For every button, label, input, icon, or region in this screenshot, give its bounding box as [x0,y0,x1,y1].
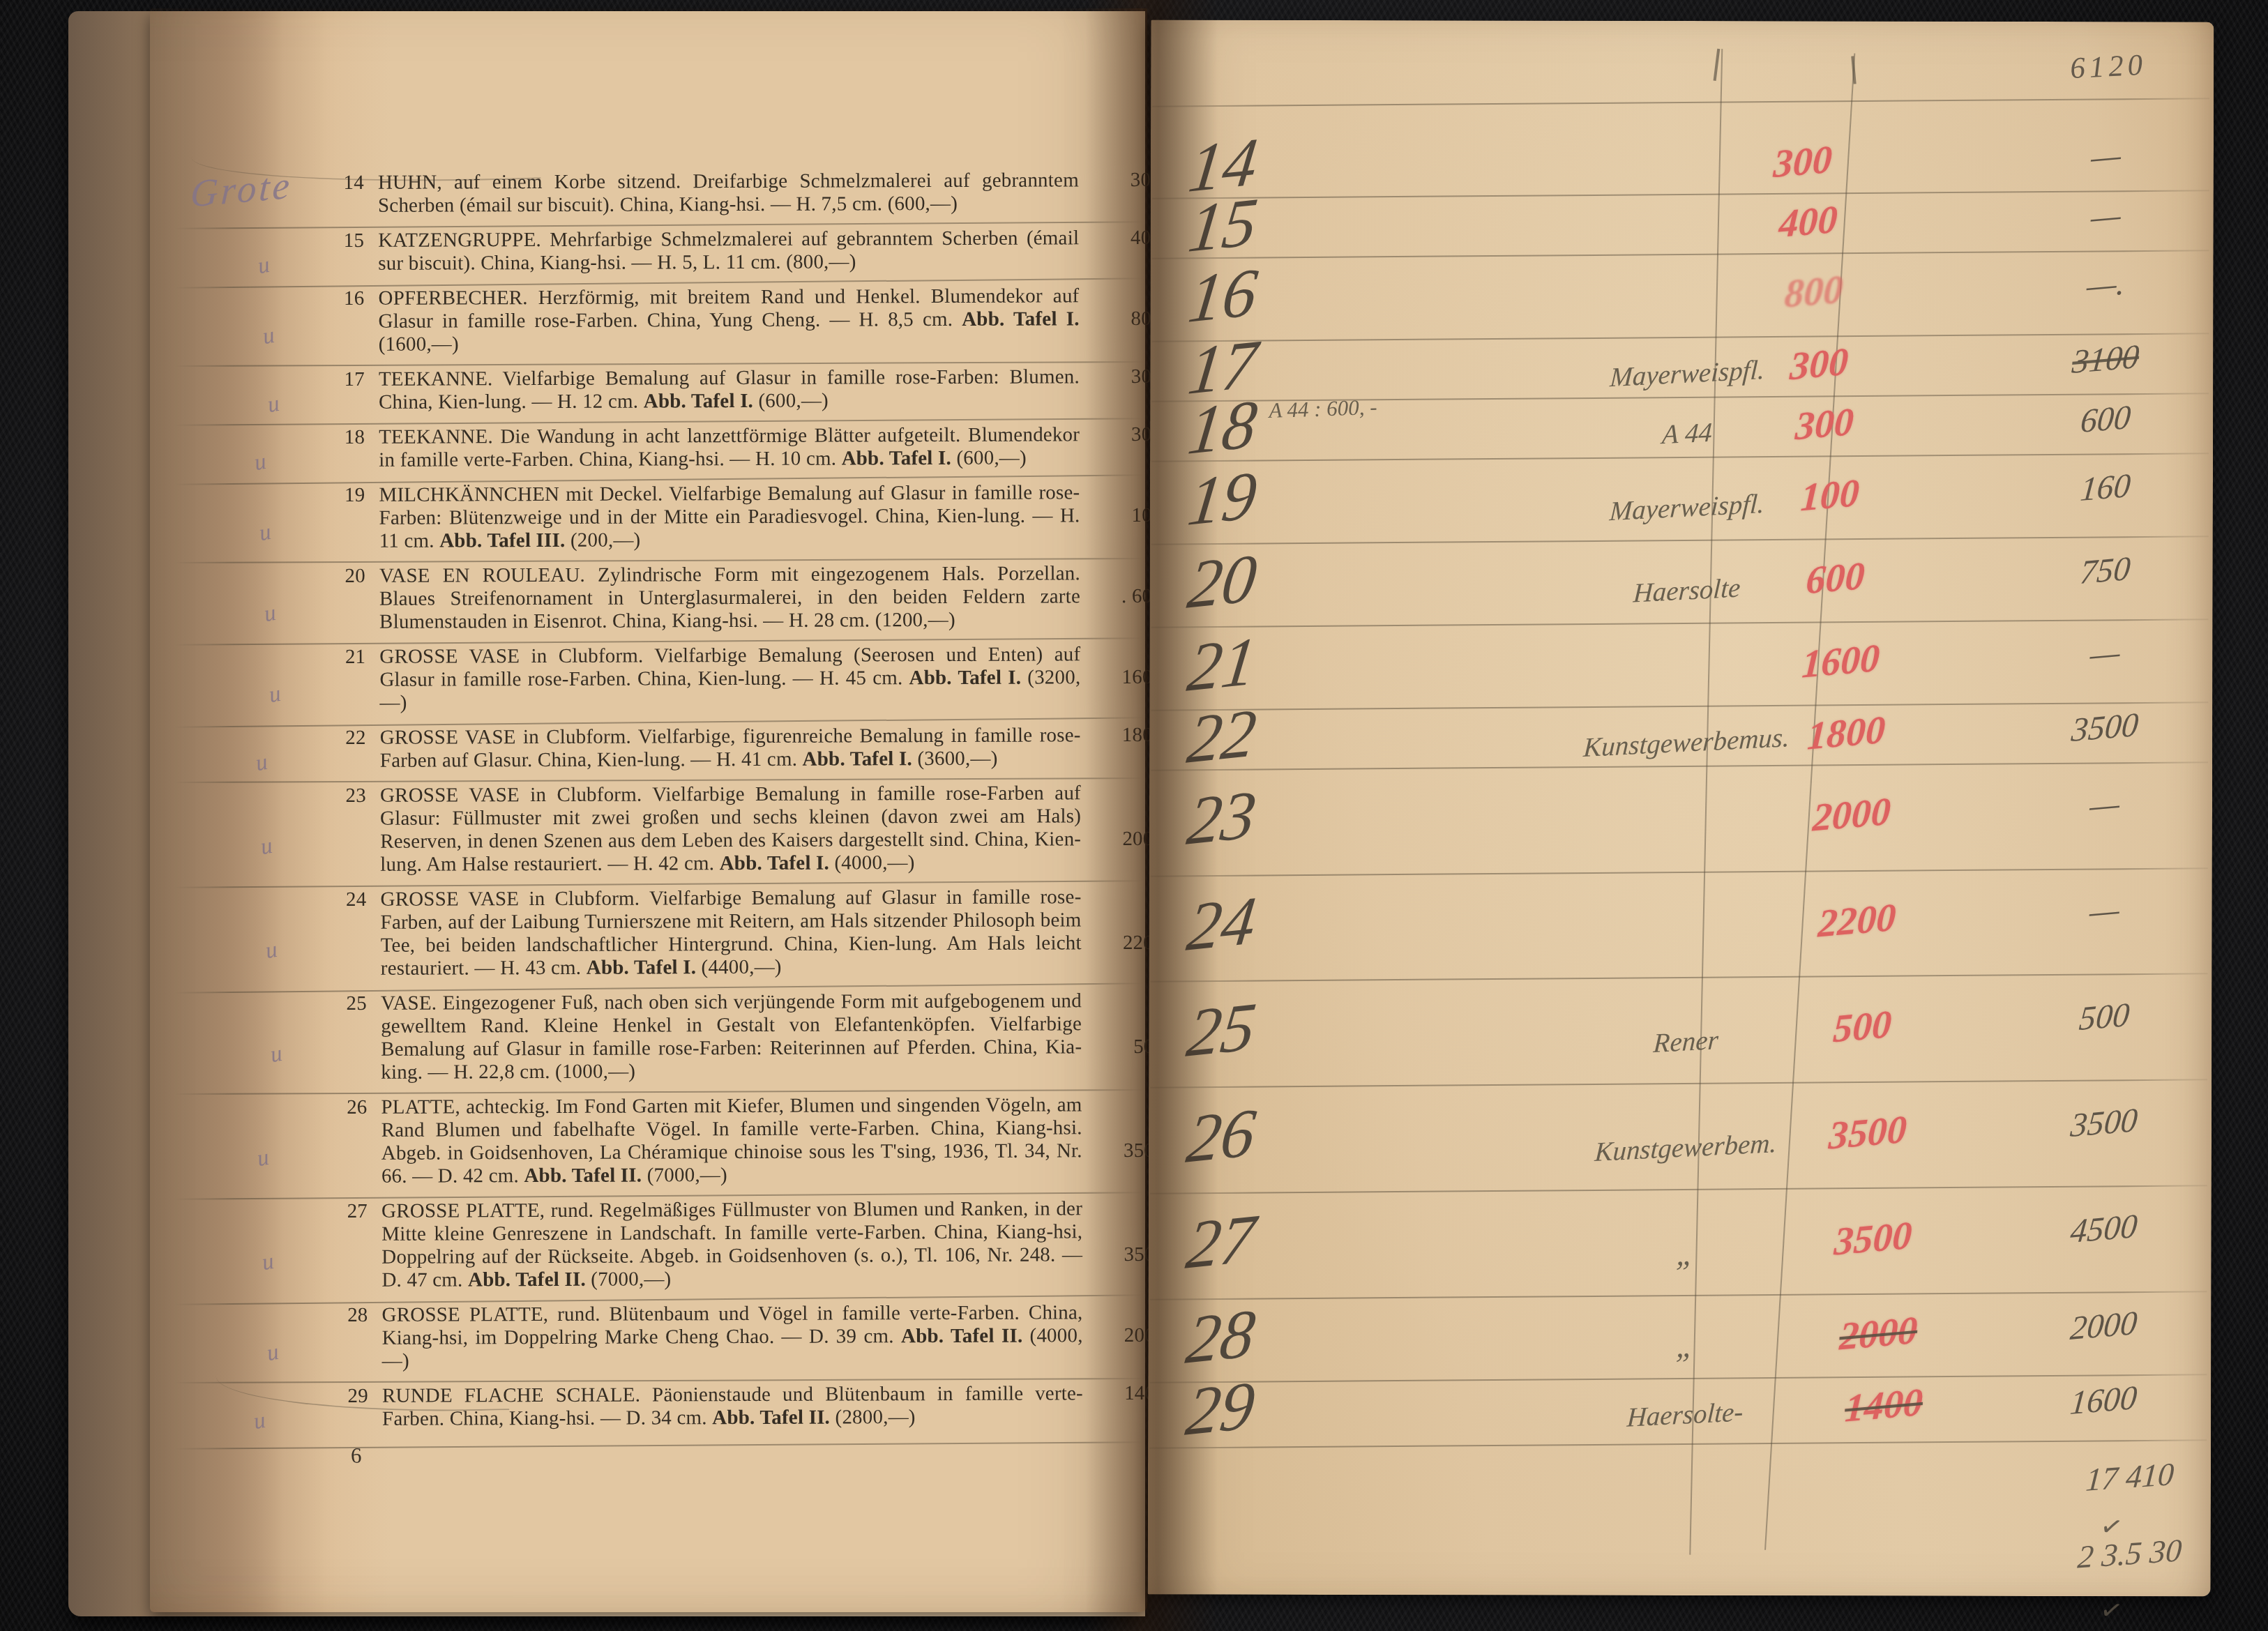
hammer-price-red: 3500 [1778,1208,1968,1270]
catalog-entry: 20VASE EN ROULEAU. Zylindrische Form mit… [325,562,1165,634]
entry-number: 27 [327,1200,368,1223]
hammer-price-red: 600 [1740,548,1930,609]
ledger-row-rule [1151,867,2208,877]
entry-text: TEEKANNE. Vielfarbige Bemalung auf Glasu… [379,365,1080,414]
entry-number: 23 [326,784,366,807]
final-price-pencil: 500 [2005,989,2203,1045]
margin-ditto-mark: u [262,600,278,628]
margin-ditto-mark: u [255,1144,271,1171]
entry-text: OPFERBECHER. Herzförmig, mit breitem Ran… [378,285,1079,356]
margin-ditto-mark: u [269,1040,285,1068]
entry-text: GROSSE PLATTE, rund. Blütenbaum und Vöge… [381,1301,1082,1372]
ledger-row-rule [1152,250,2209,259]
lot-number: 19 [1169,454,1276,543]
lot-number: 25 [1168,985,1275,1074]
catalog-entry: 14HUHN, auf einem Korbe sitzend. Dreifar… [324,169,1164,218]
catalog-entry: 18TEEKANNE. Die Wandung in acht lanzettf… [324,423,1165,472]
margin-ditto-mark: u [254,750,270,777]
ledger-row-rule [1149,1439,2207,1448]
ledger-row-rule [1149,1374,2207,1383]
hammer-price-red: 3500 [1773,1102,1963,1164]
ledger-row-rule [1151,619,2209,628]
hammer-price-red: 300 [1708,131,1898,192]
final-price-pencil: 750 [2006,543,2205,598]
catalog-entry: 23GROSSE VASE in Clubform. Vielfarbige B… [326,782,1166,877]
hammer-price-red: 1600 [1746,631,1936,692]
entry-text: GROSSE VASE in Clubform. Vielfarbige, fi… [380,724,1081,772]
entry-text: GROSSE VASE in Clubform. Vielfarbige Bem… [380,782,1081,876]
entry-number: 17 [324,368,365,391]
final-price-pencil: 1600 [2004,1372,2202,1427]
margin-ditto-mark: u [264,936,280,964]
hammer-price-red: 800 [1718,262,1909,324]
entry-text: KATZENGRUPPE. Mehrfarbige Schmelzmalerei… [378,227,1079,275]
ledger-row-rule [1151,536,2209,545]
final-price-pencil: 160 [2006,460,2205,515]
entry-text: MILCHKÄNNCHEN mit Deckel. Vielfarbige Be… [379,481,1080,552]
margin-ditto-mark: u [256,252,272,280]
hammer-price-red: 2200 [1762,890,1952,952]
book-spread: Grote 14HUHN, auf einem Korbe sitzend. D… [0,0,2268,1631]
ledger-row-rule [1150,1079,2207,1088]
final-price-pencil: 3100 [2006,331,2205,386]
check-mark-icon: ✓ [2088,1591,2135,1630]
entry-number: 28 [327,1304,368,1327]
catalog-entry: 19MILCHKÄNNCHEN mit Deckel. Vielfarbige … [324,481,1165,553]
entry-number: 20 [325,565,365,588]
ledger-page: 6120 17 410 ✓ 2 3.5 30 ✓ 14300—15400—168… [1148,20,2214,1596]
final-price-pencil: — [2007,189,2205,244]
hammer-price-red: 400 [1713,191,1903,252]
entry-text: HUHN, auf einem Korbe sitzend. Dreifarbi… [378,169,1079,217]
margin-ditto-mark: u [265,1340,281,1367]
hammer-price-red: 1800 [1751,703,1942,764]
lot-number: 27 [1167,1197,1274,1286]
catalog-entry: 27GROSSE PLATTE, rund. Regelmäßiges Füll… [327,1197,1167,1292]
lot-number: 23 [1168,773,1275,862]
catalog-entry: 28GROSSE PLATTE, rund. Blütenbaum und Vö… [327,1301,1167,1373]
entry-limit-price: 300 [1084,169,1161,192]
entry-separator-rule [174,1441,1144,1450]
final-price-pencil: 4500 [2005,1201,2203,1256]
buyer-note-detail: A 44 : 600, - [1269,390,1520,424]
entry-number: 18 [324,426,365,449]
final-price-pencil: — [2006,777,2204,833]
ledger-row-rule [1151,701,2208,711]
entry-number: 16 [324,287,364,310]
hammer-price-red: 300 [1730,394,1920,455]
lot-number: 20 [1169,537,1276,625]
ledger-row-rule [1150,1291,2207,1300]
final-price-pencil: —. [2007,257,2205,312]
lot-number: 26 [1167,1091,1274,1180]
carryover-total: 6120 [2069,48,2147,86]
ledger-row-rule [1151,333,2209,342]
entry-number: 14 [324,172,364,195]
sum-total-page: 17 410 [2031,1451,2228,1501]
catalog-entry: 24GROSSE VASE in Clubform. Vielfarbige B… [326,886,1166,980]
final-price-pencil: — [2006,883,2204,939]
catalog-entry: 16OPFERBECHER. Herzförmig, mit breitem R… [324,285,1164,356]
entry-text: VASE EN ROULEAU. Zylindrische Form mit e… [379,562,1080,633]
ledger-row-rule [1151,761,2208,771]
sum-total-cumulative: 2 3.5 30 [2031,1528,2228,1578]
ledger-row-rule [1151,973,2208,983]
margin-ditto-mark: u [252,449,269,476]
entry-number: 25 [326,992,367,1015]
margin-ditto-mark: u [257,519,273,547]
final-price-pencil: 2000 [2004,1298,2202,1353]
final-price-pencil: — [2006,625,2204,681]
ledger-row-rule [1152,190,2209,199]
margin-ditto-mark: u [260,1248,276,1275]
entry-text: GROSSE VASE in Clubform. Vielfarbige Bem… [380,886,1081,980]
catalog-entry: 22GROSSE VASE in Clubform. Vielfarbige, … [326,724,1166,773]
final-price-pencil: — [2007,129,2205,184]
lot-number: 22 [1169,692,1276,780]
entry-number: 19 [324,484,365,507]
final-price-pencil: 3500 [2006,700,2204,755]
entry-text: TEEKANNE. Die Wandung in acht lanzettför… [379,423,1080,471]
lot-number: 24 [1168,879,1275,968]
entry-text: GROSSE PLATTE, rund. Regelmäßiges Füllmu… [381,1197,1082,1291]
margin-ditto-mark: u [266,391,282,418]
pencil-tick [1714,49,1721,81]
entry-text: GROSSE VASE in Clubform. Vielfarbige Bem… [379,643,1080,714]
entry-text: VASE. Eingezogener Fuß, nach oben sich v… [381,989,1082,1084]
margin-ditto-mark: u [261,323,277,350]
catalog-entry: 26PLATTE, achteckig. Im Fond Garten mit … [326,1093,1167,1188]
ledger-row-rule [1152,98,2209,107]
final-price-pencil: 600 [2006,391,2205,446]
entry-number: 21 [325,646,365,669]
hammer-price-red: 300 [1724,334,1914,395]
entry-number: 22 [326,727,366,750]
hammer-price-red: 100 [1735,465,1926,526]
hammer-price-red: 500 [1767,996,1958,1058]
catalog-entry: 25VASE. Eingezogener Fuß, nach oben sich… [326,989,1167,1084]
ledger-row-rule [1150,1185,2207,1194]
catalog-entry: 17TEEKANNE. Vielfarbige Bemalung auf Gla… [324,365,1165,414]
margin-ditto-mark: u [267,681,283,708]
entry-text: PLATTE, achteckig. Im Fond Garten mit Ki… [381,1093,1082,1188]
catalog-entries: 14HUHN, auf einem Korbe sitzend. Dreifar… [324,169,1168,1443]
entry-number: 26 [326,1096,367,1119]
margin-ditto-mark: u [259,833,275,860]
entry-number: 15 [324,229,364,252]
catalog-entry: 21GROSSE VASE in Clubform. Vielfarbige B… [325,643,1165,715]
catalog-entry: 15KATZENGRUPPE. Mehrfarbige Schmelzmaler… [324,227,1164,275]
hammer-price-red: 2000 [1757,784,1947,846]
margin-ditto-mark: u [252,1408,268,1435]
margin-note-buyer: Grote [190,162,294,215]
hammer-price-red: 2000 [1783,1303,1974,1365]
final-price-pencil: 3500 [2005,1095,2203,1151]
entry-number: 24 [326,888,366,911]
ledger-row-rule [1151,453,2209,462]
lot-number: 29 [1167,1364,1274,1452]
hammer-price-red: 1400 [1789,1375,1979,1436]
catalog-page: Grote 14HUHN, auf einem Korbe sitzend. D… [150,8,1147,1612]
